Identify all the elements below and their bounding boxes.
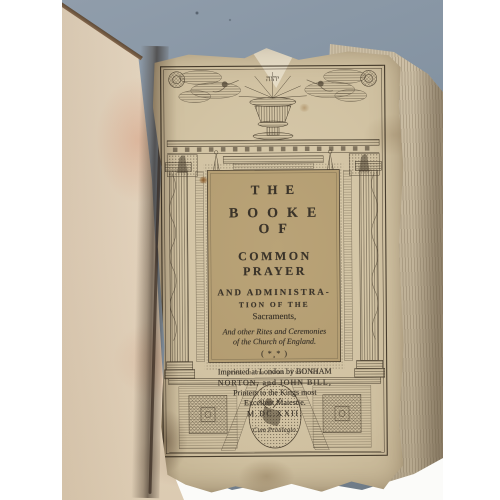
title-page: יהוה bbox=[148, 45, 407, 495]
title-line: And other Rites and Ceremonies bbox=[208, 327, 340, 337]
imprint-line: Printers to the Kings most bbox=[209, 388, 341, 398]
column-right bbox=[343, 161, 385, 377]
imprint-line: NORTON, and IOHN BILL, bbox=[209, 378, 341, 388]
title-line: of the Church of England. bbox=[208, 337, 340, 347]
foxing-spot bbox=[299, 104, 310, 112]
fountain-centerpiece bbox=[250, 97, 296, 139]
foxing-spot bbox=[199, 176, 207, 183]
column-left bbox=[163, 163, 205, 379]
privilege-line: Cum Privilegio. bbox=[209, 426, 341, 435]
photograph-of-antique-book: יהוה bbox=[0, 0, 500, 500]
architrave bbox=[167, 139, 379, 153]
clouds-left bbox=[179, 70, 241, 102]
imprint-date: M.DC.XXII. bbox=[209, 409, 341, 419]
imprint-line: Excellent Maiestie. bbox=[209, 398, 341, 408]
printers-ornament: ( *¸* ) bbox=[209, 349, 341, 359]
title-line: TION OF THE bbox=[208, 300, 340, 310]
title-line: AND ADMINISTRA- bbox=[208, 287, 340, 298]
title-line: BOOKE OF bbox=[215, 206, 340, 239]
top-register: יהוה bbox=[169, 69, 377, 140]
title-text-block: THE BOOKE OF COMMON PRAYER AND ADMINISTR… bbox=[207, 170, 340, 367]
title-line: Sacraments, bbox=[208, 311, 340, 322]
title-line: THE bbox=[213, 182, 339, 199]
book-photo: יהוה bbox=[62, 0, 443, 500]
tetragrammaton-text: יהוה bbox=[266, 74, 279, 83]
clouds-right bbox=[305, 69, 367, 101]
title-line: COMMON PRAYER bbox=[210, 249, 340, 280]
imprint-line: Imprinted at London by BONHAM bbox=[209, 367, 341, 377]
